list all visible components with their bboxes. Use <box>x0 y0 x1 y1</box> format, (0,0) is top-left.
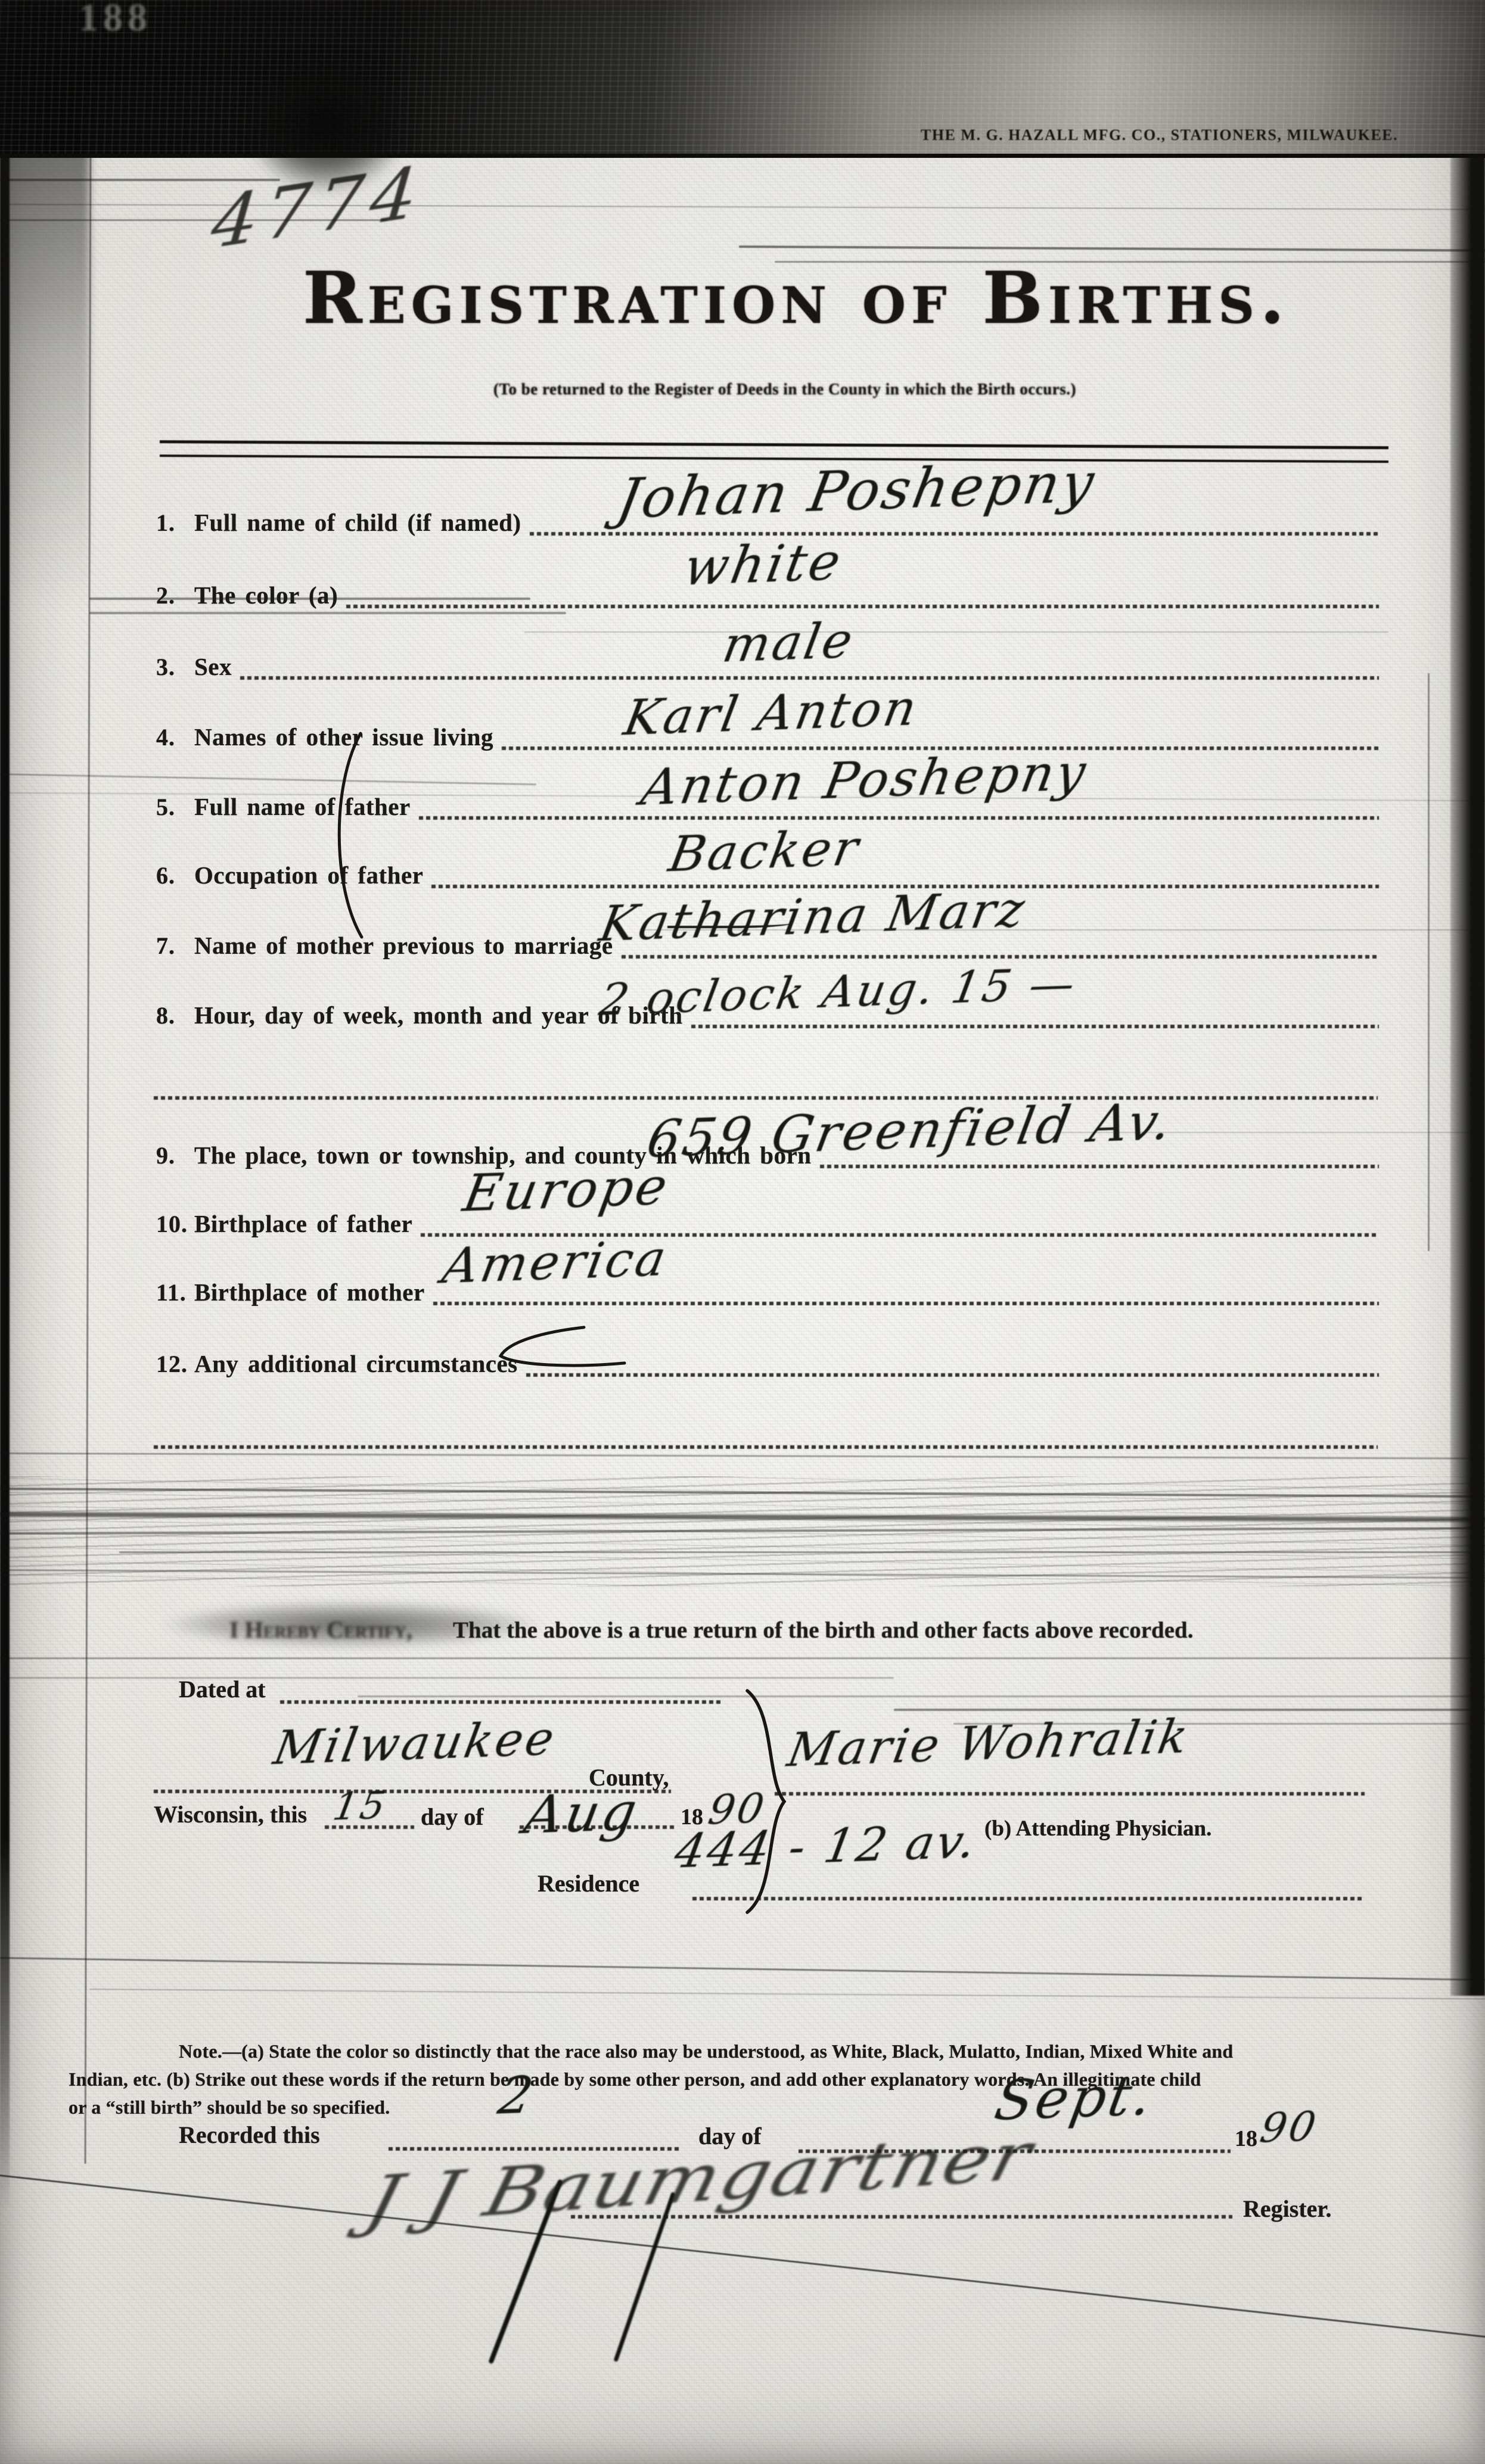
field-label: The color (a) <box>194 581 338 613</box>
certify-lead: I Hereby Certify, <box>229 1616 412 1644</box>
field-10-row: 10.Birthplace of father <box>156 1205 1379 1242</box>
dotted-line <box>280 1700 721 1704</box>
field-label: Full name of child (if named) <box>194 508 521 540</box>
left-margin-smudge <box>0 147 89 611</box>
certify-text: That the above is a true return of the b… <box>453 1617 1193 1644</box>
handwritten-value: Backer <box>664 820 865 883</box>
dated-at-label: Dated at <box>179 1675 266 1703</box>
handwritten-value: Karl Anton <box>620 680 923 746</box>
field-number: 9. <box>156 1141 194 1173</box>
recorded-year-handwritten: 90 <box>1257 2103 1322 2152</box>
field-label: Birthplace of mother <box>194 1278 425 1310</box>
field-number: 5. <box>156 793 194 825</box>
field-label: Name of mother previous to marriage <box>194 931 613 963</box>
dotted-line <box>820 1165 1379 1168</box>
residence-handwritten: 444 - 12 av. <box>670 1815 981 1878</box>
residence-label: Residence <box>538 1869 639 1897</box>
field-label: Any additional circumstances <box>194 1349 518 1382</box>
month-handwritten: Aug <box>520 1781 644 1846</box>
field-number: 10. <box>156 1210 194 1242</box>
birth-registration-scan: 188 THE M. G. HAZALL MFG. CO., STATIONER… <box>0 0 1485 2464</box>
field-number: 7. <box>156 932 194 963</box>
handwritten-value: male <box>719 612 859 674</box>
page-title: Registration of Births. <box>303 256 1290 340</box>
field-number: 11. <box>156 1278 194 1310</box>
field-number: 6. <box>156 861 194 893</box>
register-label: Register. <box>1243 2195 1331 2223</box>
field-number: 1. <box>156 509 194 540</box>
page-subtitle: (To be returned to the Register of Deeds… <box>493 380 1076 399</box>
flourish-mark <box>495 1324 632 1374</box>
note-line-1: Note.—(a) State the color so distinctly … <box>179 2040 1233 2062</box>
day-handwritten: 15 <box>330 1783 391 1829</box>
dotted-line <box>526 1373 1379 1377</box>
corner-number: 188 <box>79 0 152 41</box>
dotted-line <box>775 1792 1365 1796</box>
physician-label: (b) Attending Physician. <box>984 1816 1211 1841</box>
year-printed: 18 <box>1235 2126 1257 2152</box>
dotted-line <box>240 676 1379 680</box>
right-edge-strip <box>1450 48 1485 1996</box>
physician-signature: Marie Wohralik <box>784 1710 1194 1777</box>
continuation-line <box>154 1445 1378 1449</box>
field-12-row: 12.Any additional circumstances <box>156 1345 1379 1382</box>
note-line-3: or a “still birth” should be so specifie… <box>69 2096 390 2118</box>
field-label: Occupation of father <box>194 861 423 893</box>
field-number: 4. <box>156 723 194 755</box>
dotted-line <box>622 955 1379 959</box>
field-number: 12. <box>156 1350 194 1382</box>
field-label: Sex <box>194 652 232 685</box>
handwritten-value: Europe <box>459 1157 674 1224</box>
dotted-line <box>433 1302 1379 1305</box>
county-handwritten: Milwaukee <box>269 1712 560 1775</box>
field-11-row: 11.Birthplace of mother <box>156 1273 1379 1310</box>
stamp-number-handwritten: 4774 <box>208 151 427 265</box>
field-number: 2. <box>156 581 194 613</box>
recorded-prefix: Recorded this <box>179 2121 320 2149</box>
dotted-line <box>530 532 1379 536</box>
field-brace <box>325 730 366 941</box>
dotted-line <box>419 816 1379 820</box>
continuation-line <box>154 1096 1378 1100</box>
masthead-rule-1 <box>160 440 1388 449</box>
dotted-line <box>691 1025 1379 1028</box>
field-number: 3. <box>156 653 194 685</box>
handwritten-value: America <box>438 1231 672 1295</box>
right-fold-line <box>1428 673 1430 1251</box>
field-label: Full name of father <box>194 792 411 825</box>
day-of-label: day of <box>421 1803 484 1831</box>
dotted-line <box>692 1897 1363 1900</box>
printer-line: THE M. G. HAZALL MFG. CO., STATIONERS, M… <box>921 126 1398 144</box>
dotted-line <box>346 605 1379 608</box>
field-label: Birthplace of father <box>194 1209 412 1242</box>
field-number: 8. <box>156 1001 194 1033</box>
state-line-prefix: Wisconsin, this <box>154 1800 307 1828</box>
handwritten-value: white <box>679 532 847 597</box>
